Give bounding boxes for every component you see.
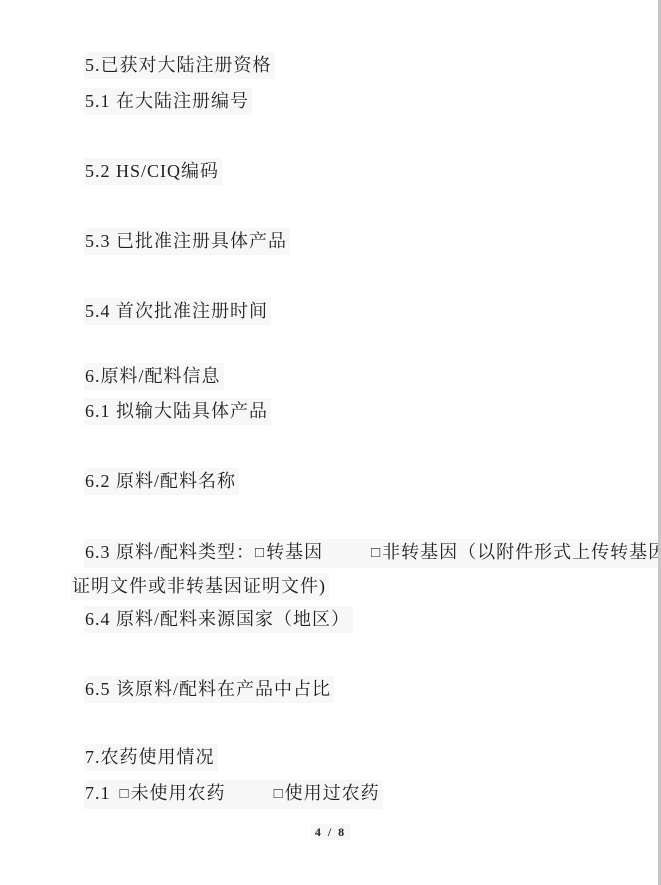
form-item-5-4: 5.4 首次批准注册时间: [84, 298, 271, 325]
option-non-gmo[interactable]: □非转基因（以附件形式上传转基因: [371, 542, 661, 562]
form-item-6-3: 6.3 原料/配料类型：□转基因□非转基因（以附件形式上传转基因: [84, 539, 661, 568]
checkbox-used-pesticide-icon[interactable]: □: [274, 786, 285, 802]
section-7-heading: 7.农药使用情况: [84, 744, 218, 771]
option-no-pesticide-label: 未使用农药: [131, 783, 226, 803]
checkbox-gmo-icon[interactable]: □: [255, 545, 266, 561]
option-non-gmo-label: 非转基因（以附件形式上传转基因: [382, 542, 661, 562]
form-item-6-3-continuation: 证明文件或非转基因证明文件): [71, 573, 329, 600]
checkbox-non-gmo-icon[interactable]: □: [371, 545, 382, 561]
option-no-pesticide[interactable]: □未使用农药: [120, 783, 226, 803]
page-footer: 4 / 8: [0, 825, 661, 840]
option-used-pesticide[interactable]: □使用过农药: [274, 783, 380, 803]
section-5-heading: 5.已获对大陆注册资格: [84, 52, 275, 79]
item-6-3-label: 6.3 原料/配料类型：: [85, 542, 255, 562]
option-used-pesticide-label: 使用过农药: [285, 783, 380, 803]
item-7-1-label: 7.1: [85, 783, 111, 803]
option-gmo[interactable]: □转基因: [255, 542, 323, 562]
section-6-heading: 6.原料/配料信息: [84, 363, 224, 390]
form-item-5-3: 5.3 已批准注册具体产品: [84, 228, 290, 255]
page-number-indicator: 4 / 8: [311, 824, 350, 840]
form-item-7-1: 7.1□未使用农药□使用过农药: [84, 780, 383, 809]
document-page: 5.已获对大陆注册资格 5.1 在大陆注册编号 5.2 HS/CIQ编码 5.3…: [0, 0, 661, 885]
form-item-6-1: 6.1 拟输大陆具体产品: [84, 398, 271, 425]
form-item-6-4: 6.4 原料/配料来源国家（地区）: [84, 606, 353, 633]
checkbox-no-pesticide-icon[interactable]: □: [120, 786, 131, 802]
form-item-6-5: 6.5 该原料/配料在产品中占比: [84, 676, 334, 703]
option-gmo-label: 转基因: [266, 542, 323, 562]
form-item-5-2: 5.2 HS/CIQ编码: [84, 158, 222, 185]
form-item-5-1: 5.1 在大陆注册编号: [84, 88, 252, 115]
form-item-6-2: 6.2 原料/配料名称: [84, 468, 239, 495]
